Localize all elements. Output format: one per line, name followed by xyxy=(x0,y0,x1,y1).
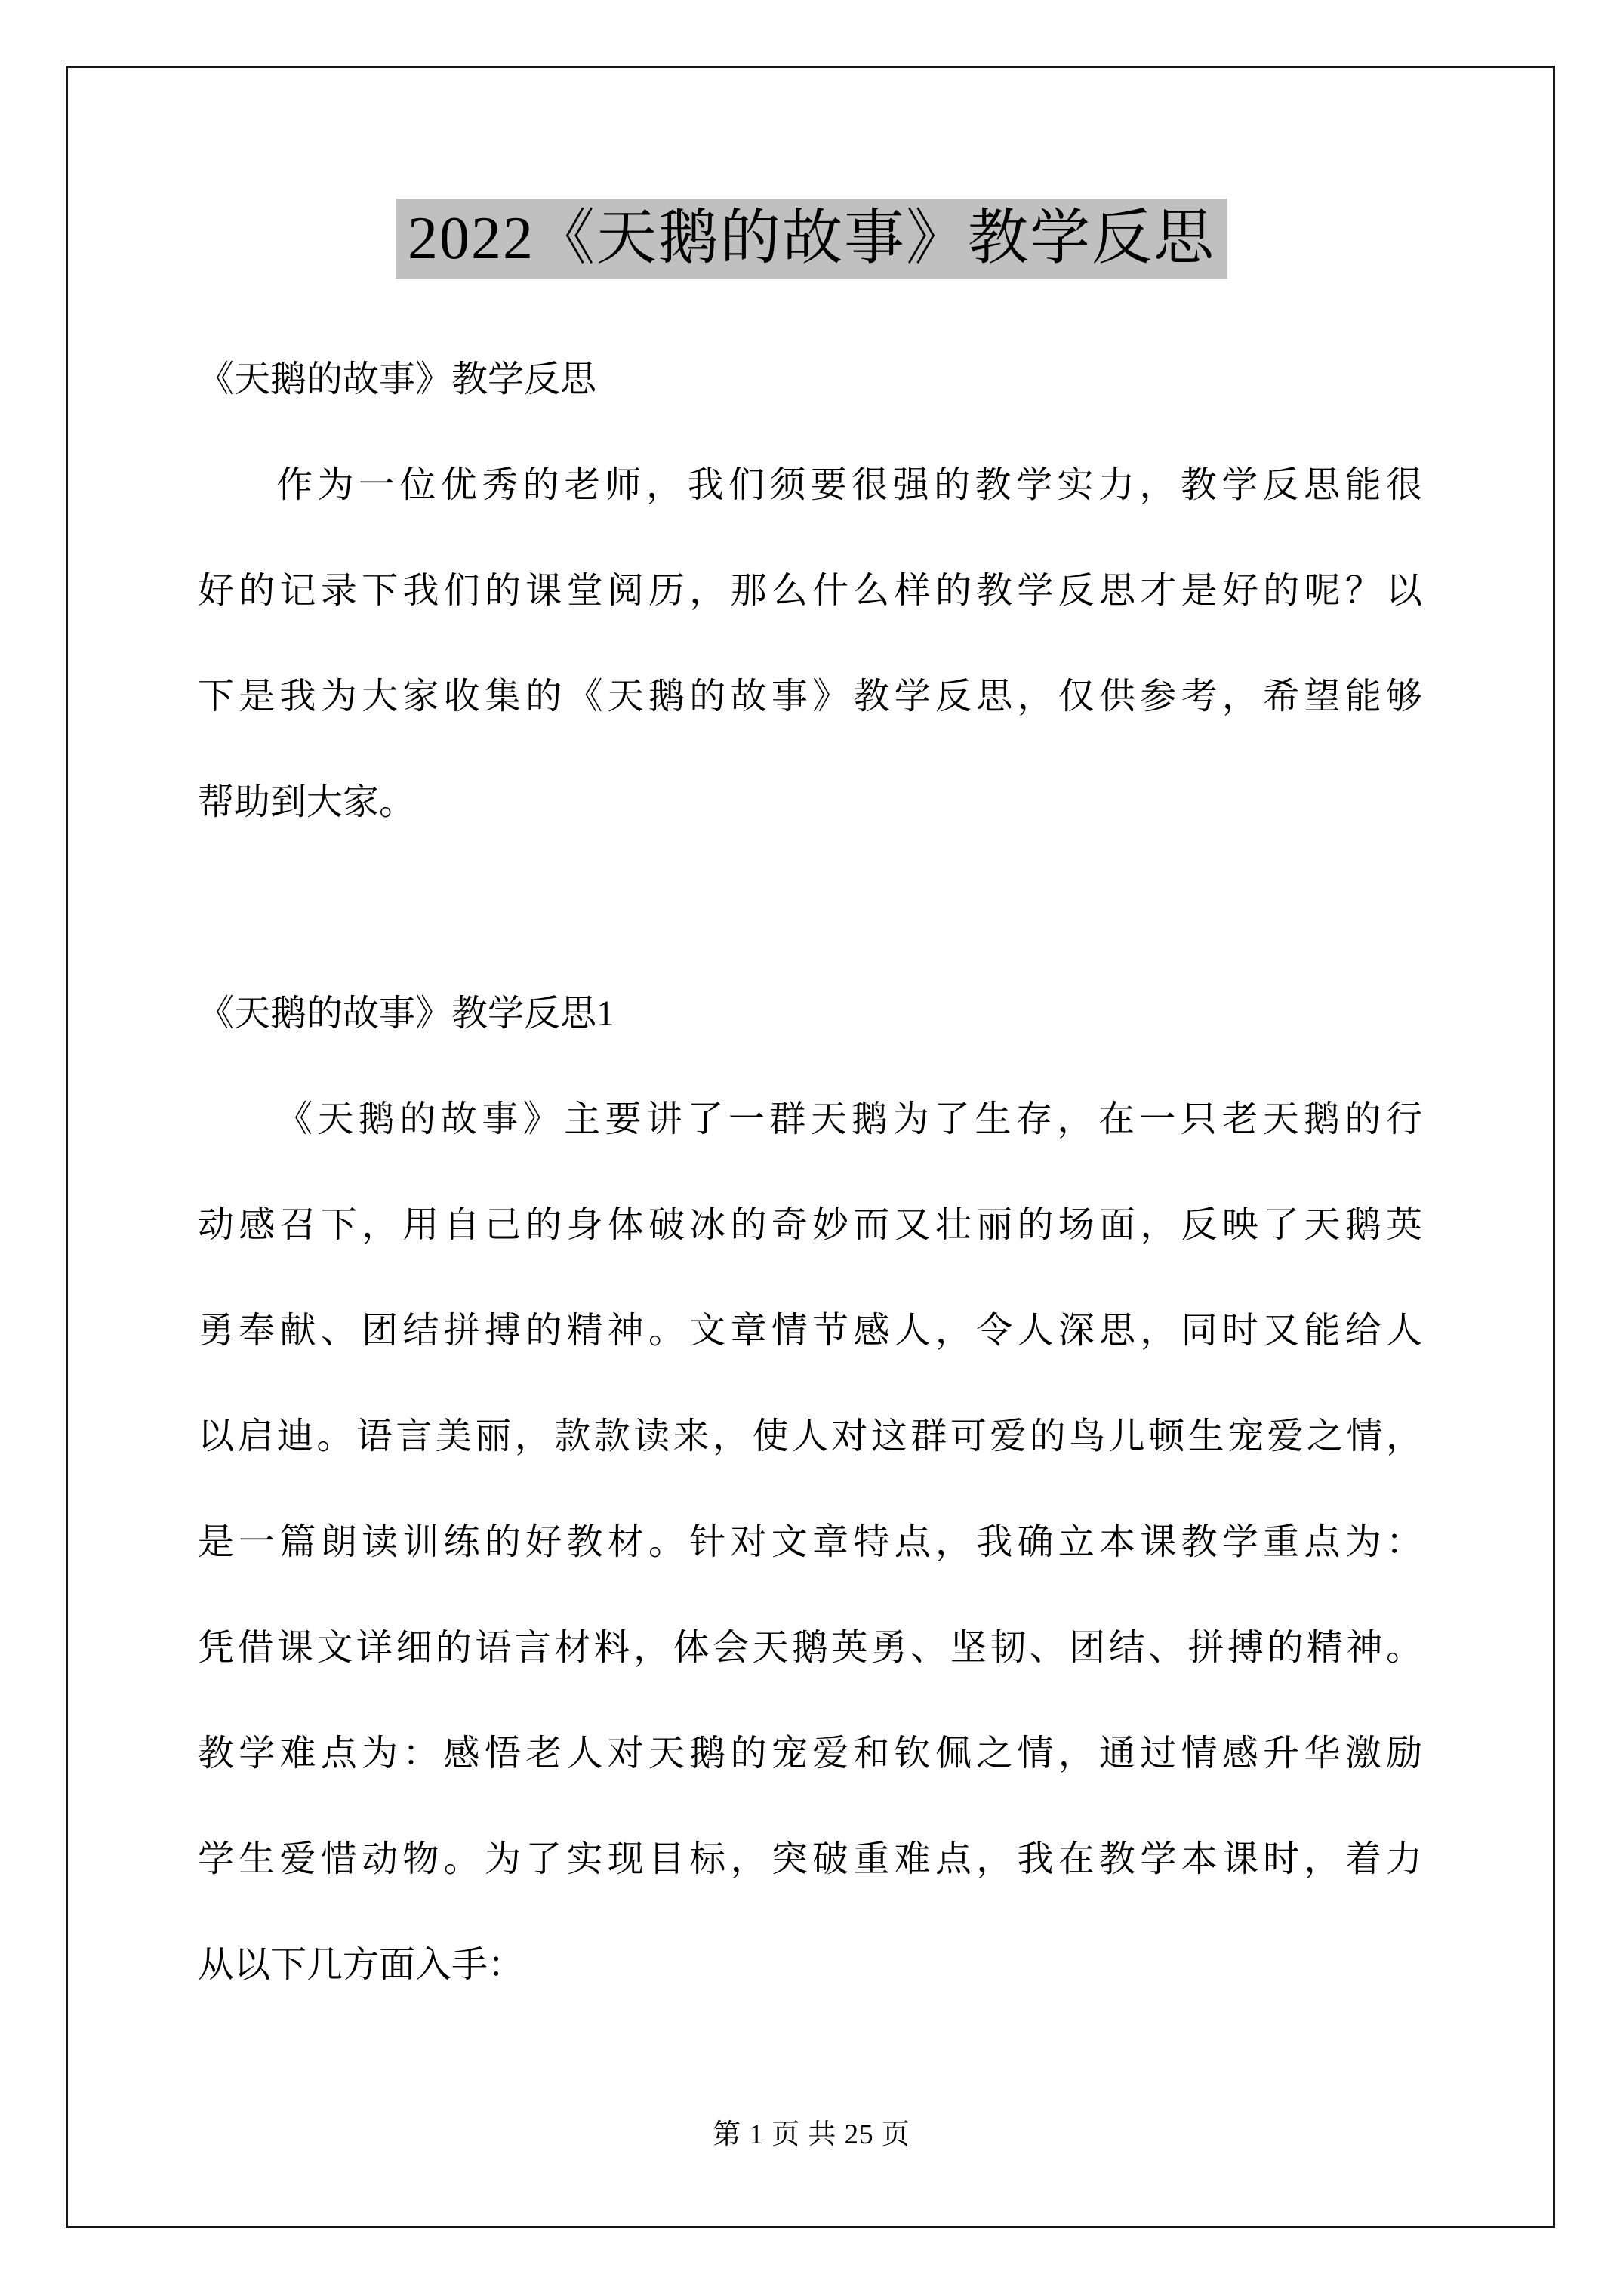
text-line: 《天鹅的故事》主要讲了一群天鹅为了生存，在一只老天鹅的行 xyxy=(198,1067,1422,1173)
text-line: 以启迪。语言美丽，款款读来，使人对这群可爱的鸟儿顿生宠爱之情， xyxy=(198,1384,1422,1490)
page-footer: 第 1 页 共 25 页 xyxy=(0,2116,1623,2154)
text-line: 勇奉献、团结拼搏的精神。文章情节感人，令人深思，同时又能给人 xyxy=(198,1278,1422,1384)
text-line: 动感召下，用自己的身体破冰的奇妙而又壮丽的场面，反映了天鹅英 xyxy=(198,1173,1422,1278)
text-line: 学生爱惜动物。为了实现目标，突破重难点，我在教学本课时，着力 xyxy=(198,1807,1422,1912)
document-title: 2022《天鹅的故事》教学反思 xyxy=(396,199,1227,279)
document-body: 《天鹅的故事》教学反思作为一位优秀的老师，我们须要很强的教学实力，教学反思能很好… xyxy=(198,327,1422,2018)
text-line: 《天鹅的故事》教学反思 xyxy=(198,327,1422,433)
text-line: 教学难点为：感悟老人对天鹅的宠爱和钦佩之情，通过情感升华激励 xyxy=(198,1701,1422,1807)
text-line: 《天鹅的故事》教学反思1 xyxy=(198,961,1422,1067)
text-line: 作为一位优秀的老师，我们须要很强的教学实力，教学反思能很 xyxy=(198,433,1422,538)
text-line: 凭借课文详细的语言材料，体会天鹅英勇、坚韧、团结、拼搏的精神。 xyxy=(198,1595,1422,1701)
text-line: 从以下几方面入手： xyxy=(198,1912,1422,2018)
text-line: 帮助到大家。 xyxy=(198,750,1422,855)
text-line xyxy=(198,855,1422,961)
title-row: 2022《天鹅的故事》教学反思 xyxy=(0,199,1623,279)
text-line: 好的记录下我们的课堂阅历，那么什么样的教学反思才是好的呢？以 xyxy=(198,538,1422,644)
text-line: 是一篇朗读训练的好教材。针对文章特点，我确立本课教学重点为： xyxy=(198,1490,1422,1595)
text-line: 下是我为大家收集的《天鹅的故事》教学反思，仅供参考，希望能够 xyxy=(198,644,1422,750)
